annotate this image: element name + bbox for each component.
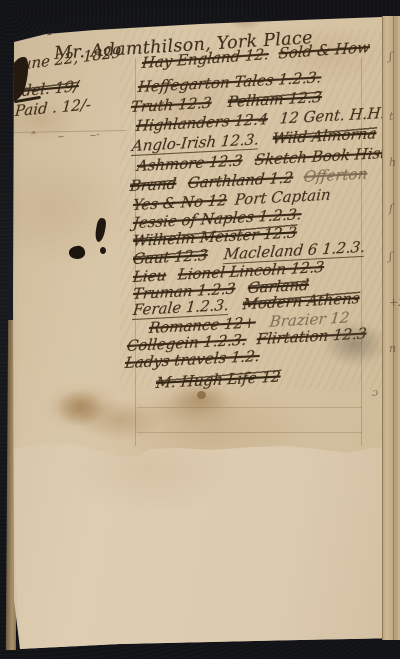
edge-text-fragment: ɔ xyxy=(372,386,378,399)
ledger-entry: M. Hugh Life 12 xyxy=(155,367,281,392)
ledger-entry: –· xyxy=(89,128,101,142)
stain-speck xyxy=(197,391,206,399)
ledger-line: ˄––· xyxy=(30,128,100,144)
edge-text-fragment: t xyxy=(389,110,393,123)
page-number: 456 xyxy=(43,19,71,40)
ledger-line: M. Hugh Life 12 xyxy=(156,367,281,392)
edge-text-fragment: ʃ xyxy=(389,50,392,63)
ledger-entry: Offerton xyxy=(303,165,369,186)
edge-text-fragment: n xyxy=(389,342,396,355)
ledger-entry: ˄ xyxy=(29,130,37,144)
stain xyxy=(148,394,243,424)
ink-blot xyxy=(100,247,106,254)
faint-ruling-line xyxy=(137,432,362,433)
ledger-entry: Brand xyxy=(129,175,177,196)
edge-text-fragment: h xyxy=(389,156,396,169)
stain xyxy=(46,386,118,428)
edge-text-fragment: +2 xyxy=(389,296,400,309)
ink-blot xyxy=(68,245,86,260)
ledger-entry: – xyxy=(57,129,65,143)
photographed-ledger-page: 456 Mr. Adamthilson, York Place June 22,… xyxy=(0,0,400,659)
ink-smudge xyxy=(322,322,388,366)
edge-text-fragment: ʃ xyxy=(389,250,392,263)
edge-text-fragment: ſ xyxy=(389,202,393,215)
ink-blot xyxy=(94,217,107,242)
